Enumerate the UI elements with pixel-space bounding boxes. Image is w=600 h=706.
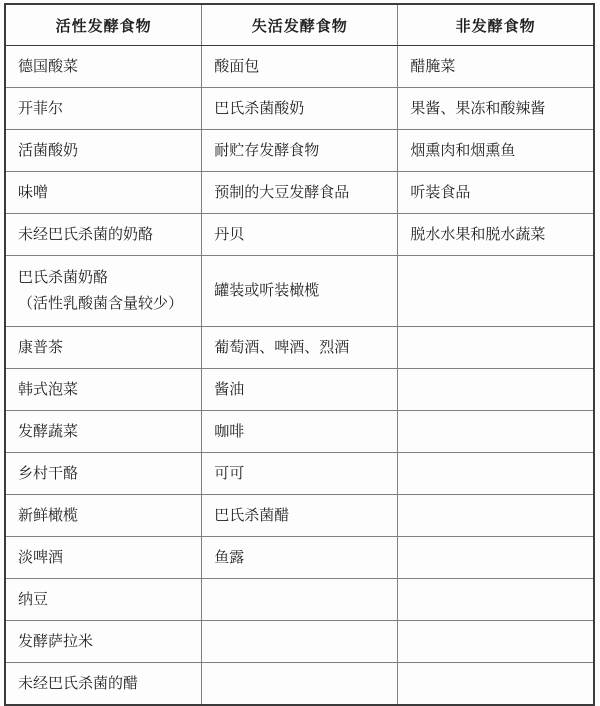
fermented-foods-table-container: 活性发酵食物 失活发酵食物 非发酵食物 德国酸菜酸面包醋腌菜开菲尔巴氏杀菌酸奶果… [4, 3, 595, 665]
table-row: 德国酸菜酸面包醋腌菜 [5, 46, 594, 88]
table-cell: 发酵萨拉米 [5, 621, 202, 663]
table-cell: 巴氏杀菌奶酪 （活性乳酸菌含量较少） [5, 256, 202, 327]
table-cell: 鱼露 [202, 537, 398, 579]
table-cell: 开菲尔 [5, 88, 202, 130]
table-cell: 听装食品 [398, 172, 594, 214]
table-row: 味噌预制的大豆发酵食品听装食品 [5, 172, 594, 214]
table-cell: 乡村干酪 [5, 453, 202, 495]
table-cell: 醋腌菜 [398, 46, 594, 88]
table-row: 发酵蔬菜咖啡 [5, 411, 594, 453]
table-row: 纳豆 [5, 579, 594, 621]
table-cell [398, 537, 594, 579]
table-body: 德国酸菜酸面包醋腌菜开菲尔巴氏杀菌酸奶果酱、果冻和酸辣酱活菌酸奶耐贮存发酵食物烟… [5, 46, 594, 666]
table-cell: 酱油 [202, 369, 398, 411]
table-cell: 脱水水果和脱水蔬菜 [398, 214, 594, 256]
table-cell [398, 327, 594, 369]
table-cell [398, 495, 594, 537]
header-active-fermented: 活性发酵食物 [5, 4, 202, 46]
table-row: 巴氏杀菌奶酪 （活性乳酸菌含量较少）罐装或听装橄榄 [5, 256, 594, 327]
header-inactivated-fermented: 失活发酵食物 [202, 4, 398, 46]
table-cell: 罐装或听装橄榄 [202, 256, 398, 327]
table-cell: 酸面包 [202, 46, 398, 88]
table-cell [202, 579, 398, 621]
table-cell: 未经巴氏杀菌的奶酪 [5, 214, 202, 256]
table-cell [398, 369, 594, 411]
table-row: 发酵萨拉米 [5, 621, 594, 663]
table-cell: 咖啡 [202, 411, 398, 453]
table-cell: 韩式泡菜 [5, 369, 202, 411]
table-cell [398, 621, 594, 663]
table-cell: 巴氏杀菌醋 [202, 495, 398, 537]
table-cell: 巴氏杀菌酸奶 [202, 88, 398, 130]
header-non-fermented: 非发酵食物 [398, 4, 594, 46]
table-cell: 可可 [202, 453, 398, 495]
table-row: 康普茶葡萄酒、啤酒、烈酒 [5, 327, 594, 369]
table-row: 韩式泡菜酱油 [5, 369, 594, 411]
table-cell: 葡萄酒、啤酒、烈酒 [202, 327, 398, 369]
table-row: 活菌酸奶耐贮存发酵食物烟熏肉和烟熏鱼 [5, 130, 594, 172]
table-cell: 新鲜橄榄 [5, 495, 202, 537]
table-cell: 康普茶 [5, 327, 202, 369]
table-cell: 淡啤酒 [5, 537, 202, 579]
fermented-foods-table: 活性发酵食物 失活发酵食物 非发酵食物 德国酸菜酸面包醋腌菜开菲尔巴氏杀菌酸奶果… [4, 3, 595, 665]
table-cell: 德国酸菜 [5, 46, 202, 88]
table-cell [398, 579, 594, 621]
table-cell: 耐贮存发酵食物 [202, 130, 398, 172]
table-row: 淡啤酒鱼露 [5, 537, 594, 579]
table-cell: 发酵蔬菜 [5, 411, 202, 453]
table-row: 未经巴氏杀菌的奶酪丹贝脱水水果和脱水蔬菜 [5, 214, 594, 256]
table-cell [202, 621, 398, 663]
table-cell [398, 453, 594, 495]
table-cell: 烟熏肉和烟熏鱼 [398, 130, 594, 172]
header-row: 活性发酵食物 失活发酵食物 非发酵食物 [5, 4, 594, 46]
table-header: 活性发酵食物 失活发酵食物 非发酵食物 [5, 4, 594, 46]
table-cell: 丹贝 [202, 214, 398, 256]
table-cell [398, 411, 594, 453]
table-cell: 果酱、果冻和酸辣酱 [398, 88, 594, 130]
table-cell: 纳豆 [5, 579, 202, 621]
table-row: 开菲尔巴氏杀菌酸奶果酱、果冻和酸辣酱 [5, 88, 594, 130]
table-row: 新鲜橄榄巴氏杀菌醋 [5, 495, 594, 537]
table-cell [398, 256, 594, 327]
table-cell: 活菌酸奶 [5, 130, 202, 172]
table-cell: 预制的大豆发酵食品 [202, 172, 398, 214]
table-cell: 味噌 [5, 172, 202, 214]
table-row: 乡村干酪可可 [5, 453, 594, 495]
